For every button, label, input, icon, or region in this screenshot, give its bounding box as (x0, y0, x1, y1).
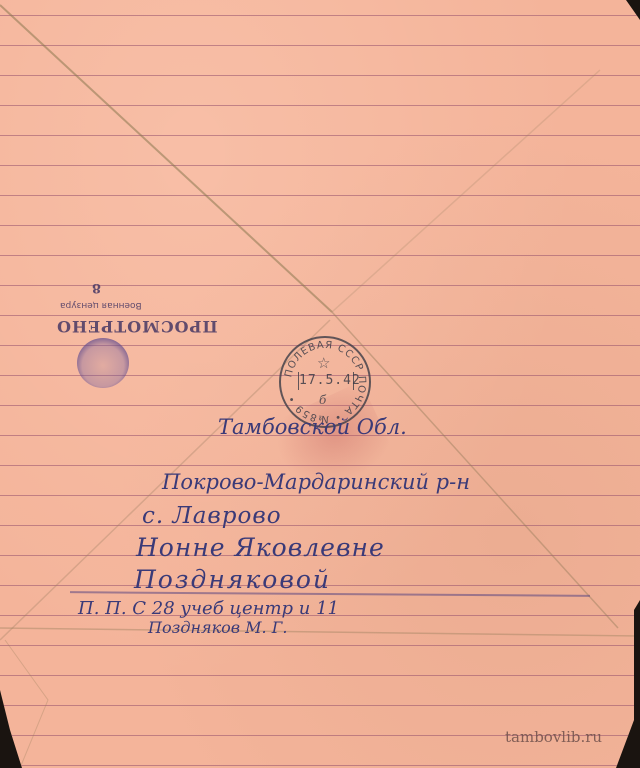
letter-sheet: 8 Военная цензура ПРОСМОТРЕНО ПОЛЕВАЯ СС… (0, 0, 640, 768)
postmark-code: б (319, 393, 326, 407)
star-icon: ☆ (317, 354, 330, 372)
sender-name: Поздняков М. Г. (148, 618, 287, 637)
address-district: Покрово-Мардаринский р-н (162, 470, 470, 494)
censor-subtitle: Военная цензура (60, 300, 142, 310)
sender-address: П. П. С 28 учеб центр и 11 (78, 598, 339, 619)
recipient-surname: Поздняковой (134, 565, 331, 594)
watermark: tambovlib.ru (505, 728, 602, 746)
postmark-date: 17.5.42 (298, 372, 354, 390)
censor-stamp: 8 Военная цензура ПРОСМОТРЕНО (50, 265, 175, 390)
address-region: Тамбовской Обл. (218, 415, 407, 439)
address-village: с. Лаврово (142, 503, 282, 529)
censor-title: ПРОСМОТРЕНО (56, 317, 218, 336)
recipient-name: Нонне Яковлевне (136, 533, 385, 562)
censor-seal-icon (77, 338, 129, 388)
censor-number: 8 (92, 280, 101, 295)
